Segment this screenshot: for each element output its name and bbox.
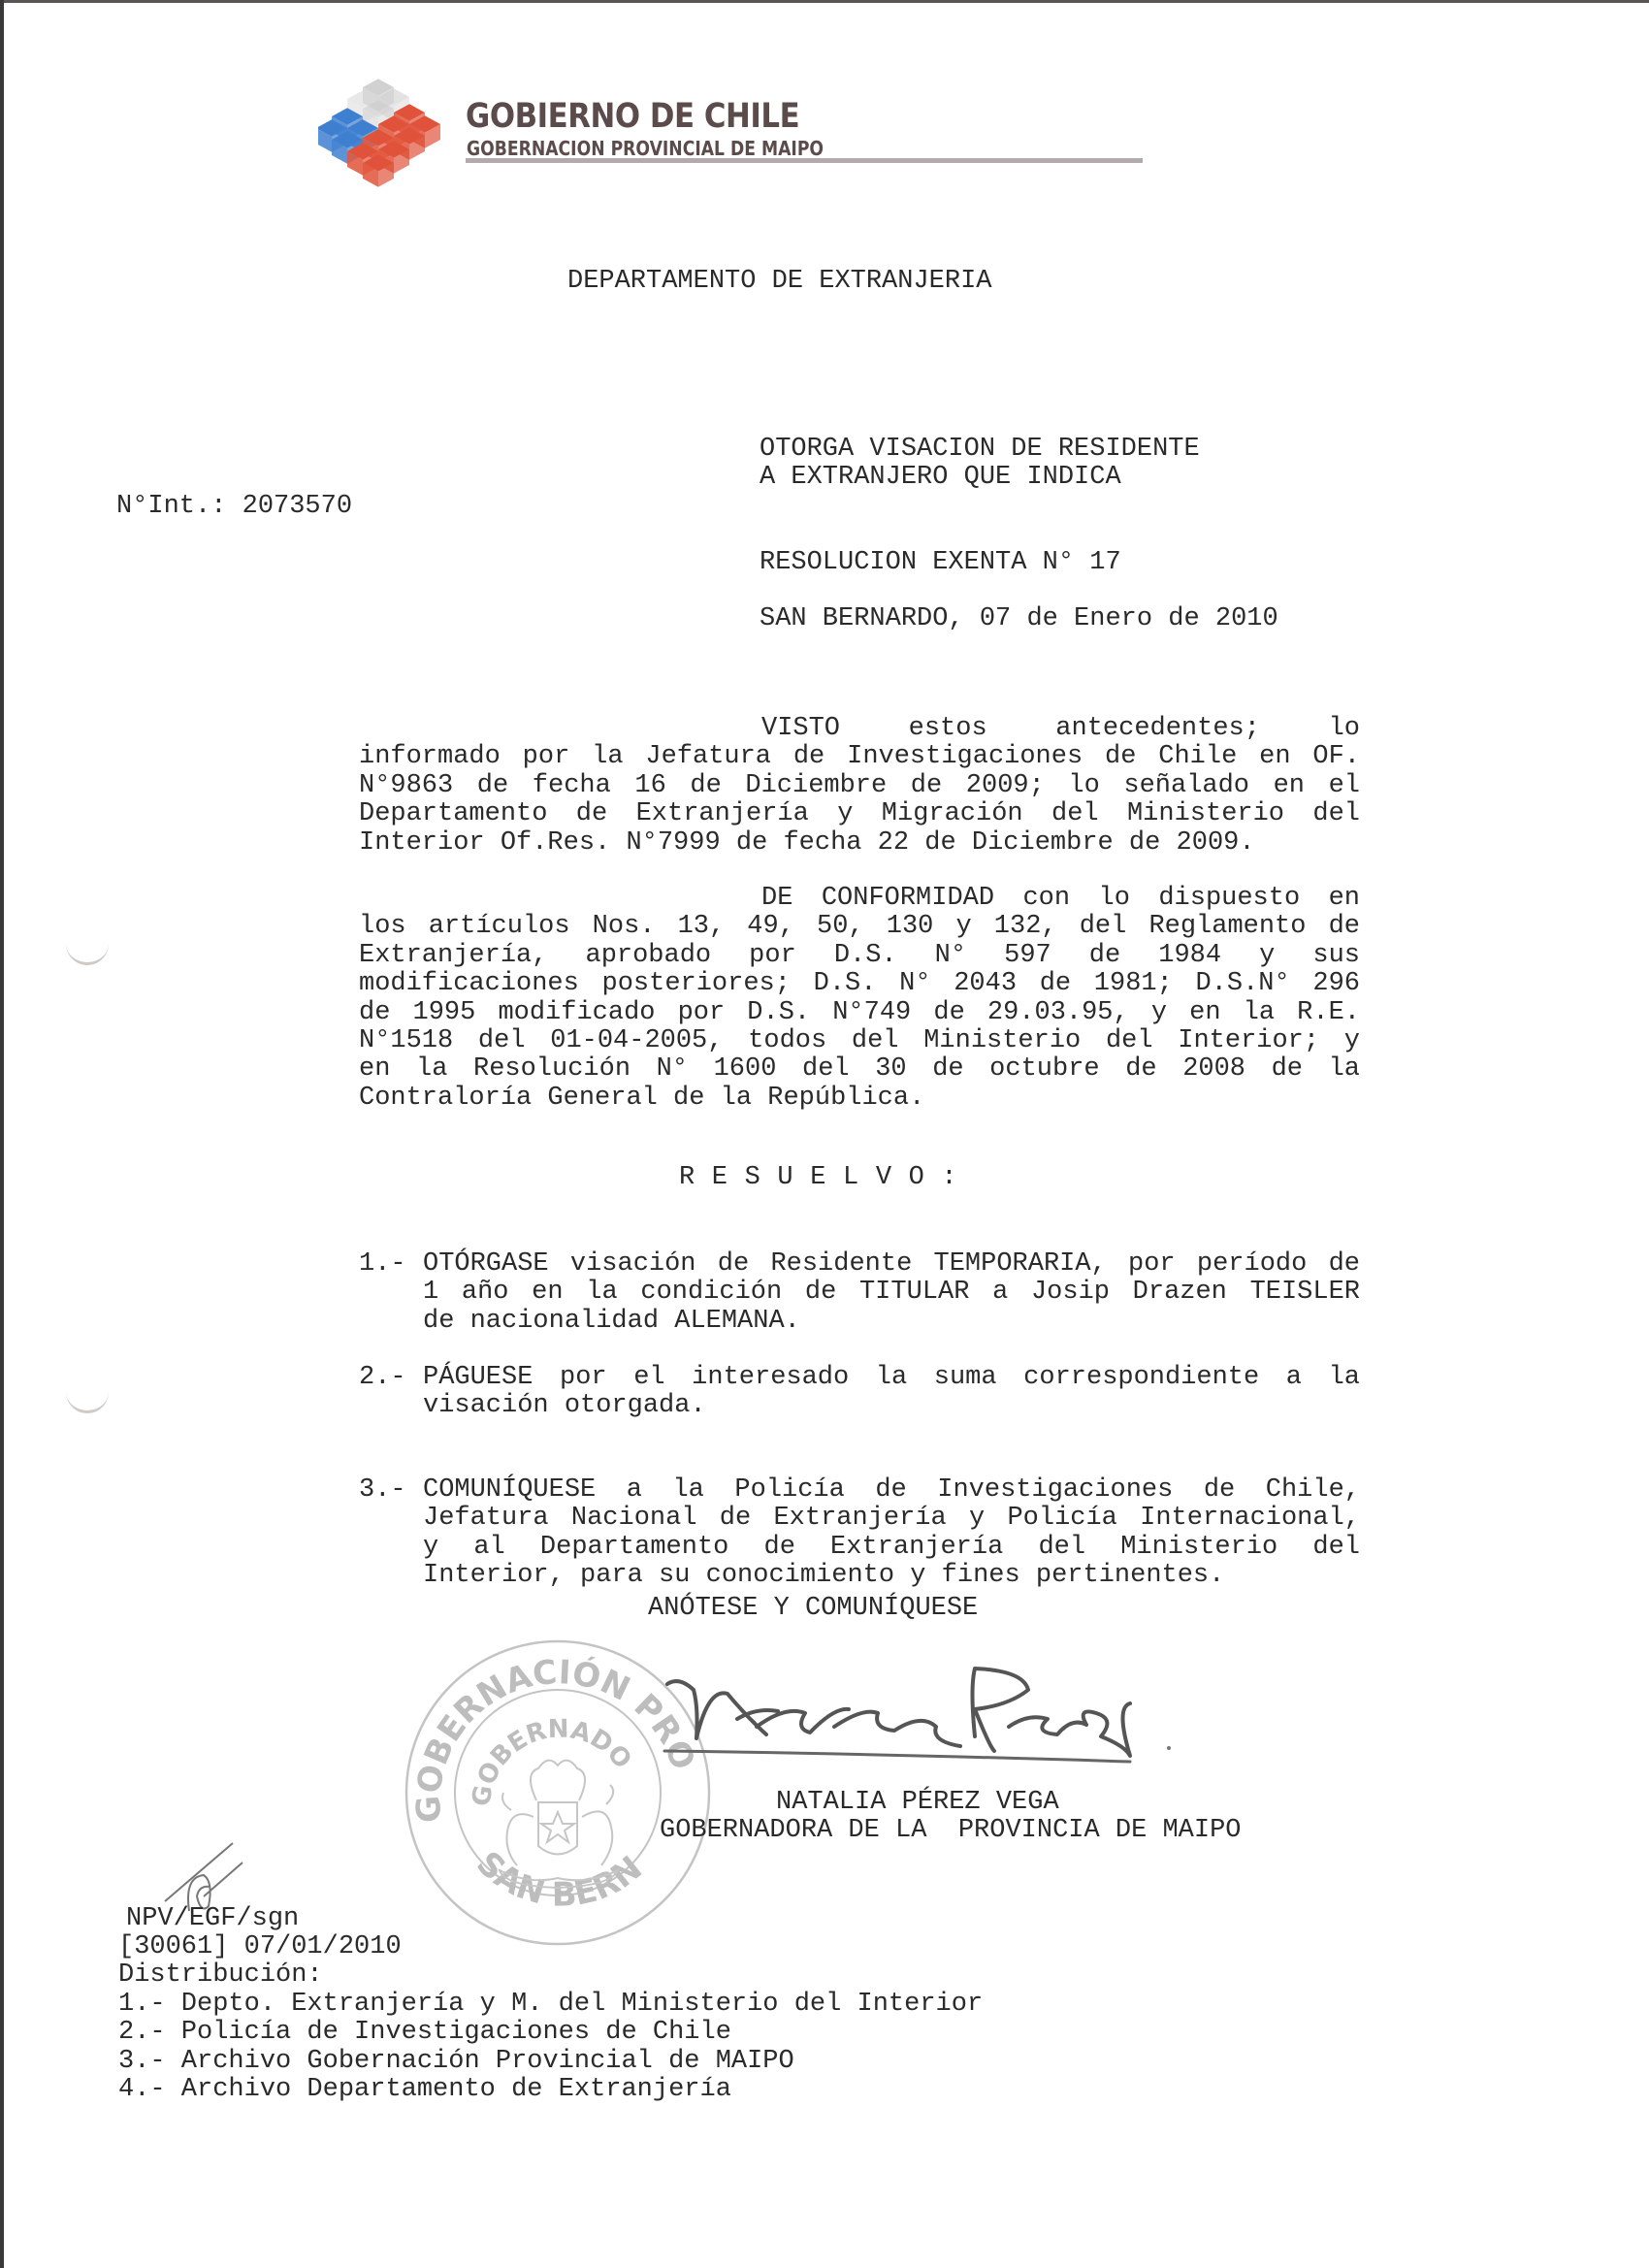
distribution-item: 3.- Archivo Gobernación Provincial de MA… xyxy=(118,2048,794,2076)
paragraph-line: los artículos Nos. 13, 49, 50, 130 y 132… xyxy=(359,913,1360,941)
footer-initials: NPV/EGF/sgn xyxy=(126,1905,299,1933)
resolution-line: Interior, para su conocimiento y fines p… xyxy=(423,1562,1360,1590)
resolution-line: visación otorgada. xyxy=(423,1392,1360,1420)
resolution-number: RESOLUCION EXENTA N° 17 xyxy=(760,549,1121,577)
internal-number: N°Int.: 2073570 xyxy=(116,493,352,521)
visto-paragraph: VISTO estos antecedentes; lo informado p… xyxy=(359,715,1360,858)
letterhead-subtitle: GOBERNACION PROVINCIAL DE MAIPO xyxy=(467,137,824,160)
distribution-item: 4.- Archivo Departamento de Extranjería xyxy=(118,2076,731,2104)
paragraph-line: modificaciones posteriores; D.S. N° 2043… xyxy=(359,970,1360,998)
paragraph-line: N°1518 del 01-04-2005, todos del Ministe… xyxy=(359,1027,1360,1055)
subject-line-1: OTORGA VISACION DE RESIDENTE xyxy=(760,436,1200,464)
letterhead-rule xyxy=(466,158,1143,163)
punch-hole-mark xyxy=(66,941,109,965)
footer-reference: [30061] 07/01/2010 xyxy=(118,1933,402,1961)
distribution-item: 2.- Policía de Investigaciones de Chile xyxy=(118,2019,731,2047)
letterhead-title: GOBIERNO DE CHILE xyxy=(466,97,799,136)
paragraph-line: VISTO estos antecedentes; lo xyxy=(761,715,1360,743)
resolution-line: PÁGUESE por el interesado la suma corres… xyxy=(423,1364,1360,1392)
department-heading: DEPARTAMENTO DE EXTRANJERIA xyxy=(567,268,991,296)
paragraph-line: DE CONFORMIDAD con lo dispuesto en xyxy=(761,885,1360,913)
paragraph-line: Departamento de Extranjería y Migración … xyxy=(359,800,1360,828)
signatory-role: GOBERNADORA DE LA PROVINCIA DE MAIPO xyxy=(660,1817,1242,1845)
distribution-item: 1.- Depto. Extranjería y M. del Minister… xyxy=(118,1991,983,2019)
resolution-line: Jefatura Nacional de Extranjería y Polic… xyxy=(423,1505,1360,1533)
handwritten-signature-icon xyxy=(640,1649,1183,1775)
resolution-item: 1.- OTÓRGASE visación de Residente TEMPO… xyxy=(359,1250,1360,1336)
punch-hole-mark xyxy=(66,1389,109,1413)
subject-line-2: A EXTRANJERO QUE INDICA xyxy=(760,464,1121,492)
place-date: SAN BERNARDO, 07 de Enero de 2010 xyxy=(760,605,1278,633)
signatory-name: NATALIA PÉREZ VEGA xyxy=(776,1789,1059,1817)
closing-phrase: ANÓTESE Y COMUNÍQUESE xyxy=(648,1595,978,1623)
paragraph-line: de 1995 modificado por D.S. N°749 de 29.… xyxy=(359,999,1360,1027)
paragraph-line: Extranjería, aprobado por D.S. N° 597 de… xyxy=(359,942,1360,970)
paragraph-line: informado por la Jefatura de Investigaci… xyxy=(359,743,1360,771)
scan-border-left xyxy=(0,0,4,2268)
resolution-item: 3.- COMUNÍQUESE a la Policía de Investig… xyxy=(359,1476,1360,1591)
resolution-line: COMUNÍQUESE a la Policía de Investigacio… xyxy=(423,1476,1360,1505)
resolution-line: y al Departamento de Extranjería del Min… xyxy=(423,1534,1360,1562)
resolution-item: 2.- PÁGUESE por el interesado la suma co… xyxy=(359,1364,1360,1421)
resolution-item-number: 3.- xyxy=(359,1476,406,1505)
resolution-line: OTÓRGASE visación de Residente TEMPORARI… xyxy=(423,1250,1360,1279)
paragraph-line: en la Resolución N° 1600 del 30 de octub… xyxy=(359,1055,1360,1084)
resolution-item-number: 1.- xyxy=(359,1250,406,1279)
paragraph-line: Interior Of.Res. N°7999 de fecha 22 de D… xyxy=(359,829,1360,858)
resuelvo-heading: RESUELVO: xyxy=(679,1164,974,1192)
paragraph-line: N°9863 de fecha 16 de Diciembre de 2009;… xyxy=(359,772,1360,800)
resolution-line: 1 año en la condición de TITULAR a Josip… xyxy=(423,1279,1360,1307)
conformidad-paragraph: DE CONFORMIDAD con lo dispuesto en los a… xyxy=(359,885,1360,1113)
paragraph-line: Contraloría General de la República. xyxy=(359,1085,1360,1113)
resolution-item-number: 2.- xyxy=(359,1364,406,1392)
gobierno-de-chile-logo-icon xyxy=(318,78,454,199)
distribution-label: Distribución: xyxy=(118,1961,323,1990)
resolution-line: de nacionalidad ALEMANA. xyxy=(423,1308,1360,1336)
scan-border-top xyxy=(0,0,1649,3)
